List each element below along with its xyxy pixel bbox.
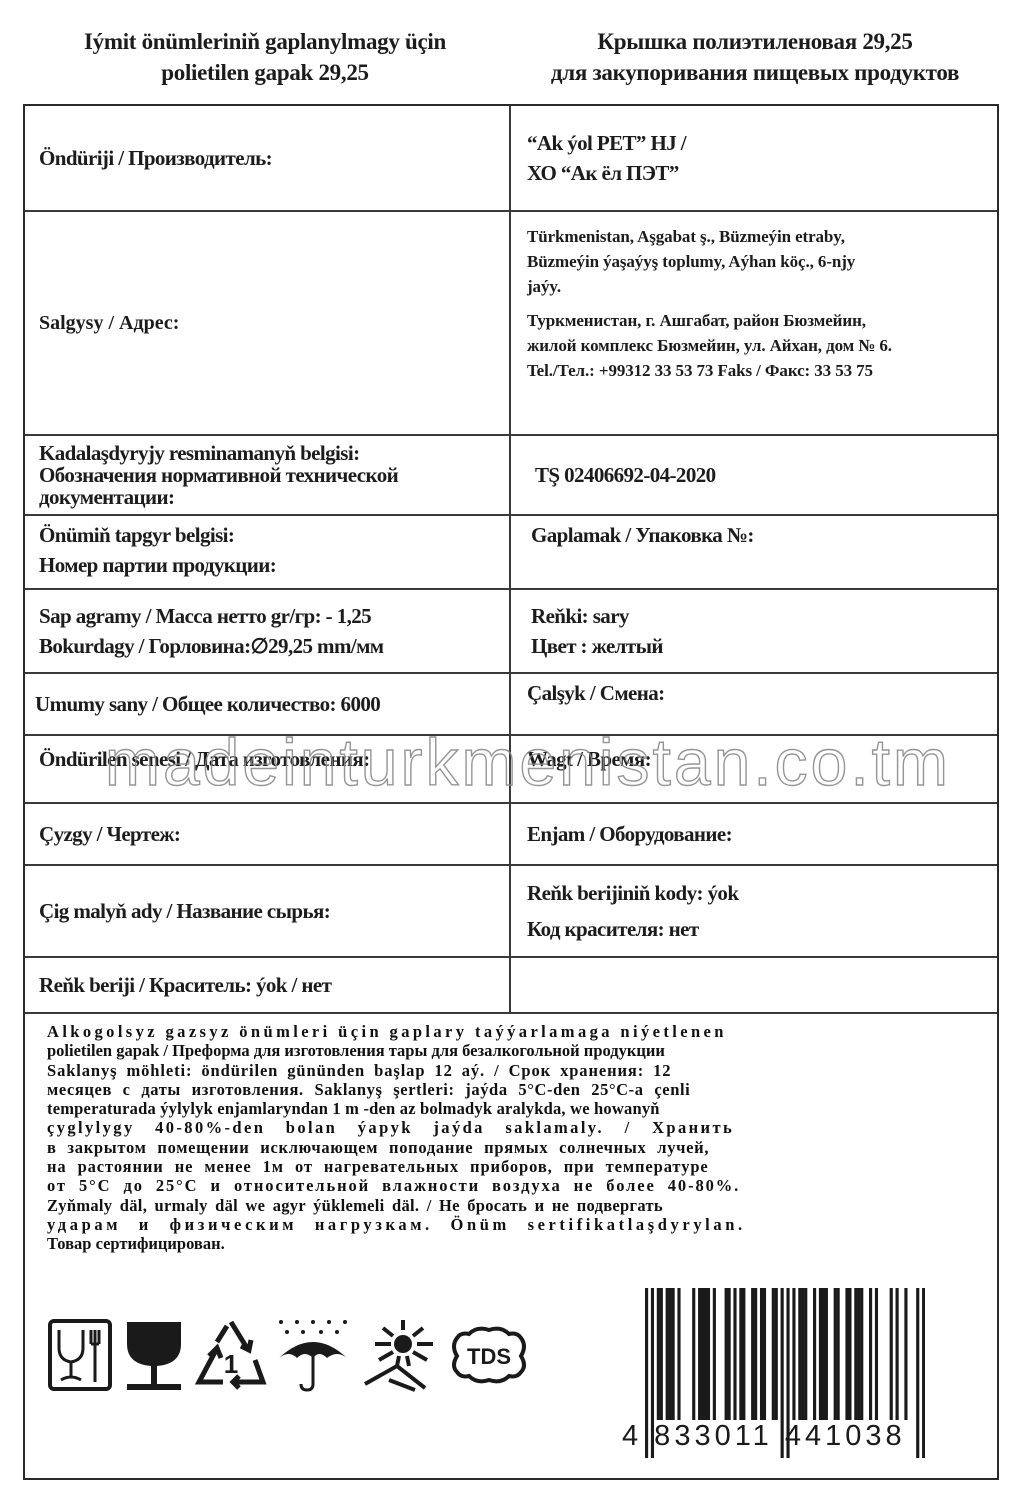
- row-dye: Reňk beriji / Краситель: ýok / нет: [25, 958, 997, 1014]
- title-turkmen: Iýmit önümleriniň gaplanylmagy üçin poli…: [20, 26, 510, 88]
- batch-label-cell: Önümiň tapgyr belgisi: Номер партии прод…: [25, 516, 511, 588]
- title-turkmen-line-2: polietilen gapak 29,25: [20, 57, 510, 88]
- total-quantity: Umumy sany / Общее количество: 6000: [35, 689, 509, 719]
- notice-line: ударам и физическим нагрузкам. Önüm sert…: [47, 1215, 977, 1234]
- notice-line: на растоянии не менее 1м от нагревательн…: [47, 1157, 977, 1176]
- title-russian-line-1: Крышка полиэтиленовая 29,25: [505, 26, 1005, 57]
- keep-away-from-sunlight-icon: [359, 1318, 439, 1392]
- standard-label-ru-1: Обозначения нормативной технической: [39, 464, 509, 486]
- standard-value: TŞ 02406692-04-2020: [535, 460, 997, 490]
- batch-label-ru: Номер партии продукции:: [39, 550, 509, 580]
- address-label: Salgysy / Адрес:: [39, 308, 509, 338]
- standard-value-cell: TŞ 02406692-04-2020: [511, 436, 997, 514]
- notice-line: Zyňmaly däl, urmaly däl we agyr ýüklemel…: [47, 1196, 977, 1215]
- keep-dry-umbrella-icon: [275, 1318, 351, 1392]
- equipment-cell: Enjam / Оборудование:: [511, 804, 997, 864]
- dye-label: Reňk beriji / Краситель: ýok / нет: [39, 970, 509, 1000]
- dye-code-cell: Reňk berijiniň kody: ýok Код красителя: …: [511, 866, 997, 956]
- drawing-label-cell: Çyzgy / Чертеж:: [25, 804, 511, 864]
- tds-logo-icon: TDS: [447, 1318, 531, 1392]
- dye-code-tm: Reňk berijiniň kody: ýok: [527, 875, 997, 911]
- batch-value-cell: Gaplamak / Упаковка №:: [511, 516, 997, 588]
- packing-number-label: Gaplamak / Упаковка №:: [531, 520, 997, 550]
- recycle-pet-1-icon: 1: [195, 1318, 267, 1392]
- address-tm-line-3: jaýy.: [527, 274, 997, 299]
- notice-line: temperaturada ýylylyk enjamlaryndan 1 m …: [47, 1099, 977, 1118]
- symbol-row: 1 TDS: [47, 1318, 531, 1392]
- address-tm-line-2: Büzmeýin ýaşaýyş toplumy, Aýhan köç., 6-…: [527, 249, 997, 274]
- dye-code-ru: Код красителя: нет: [527, 911, 997, 947]
- notice-line: polietilen gapak / Преформа для изготовл…: [47, 1041, 977, 1060]
- row-material-dyecode: Çig malyň ady / Название сырья: Reňk ber…: [25, 866, 997, 958]
- time-cell: Wagt / Время:: [511, 736, 997, 802]
- address-label-cell: Salgysy / Адрес:: [25, 212, 511, 434]
- raw-material-label: Çig malyň ady / Название сырья:: [39, 896, 509, 926]
- standard-label-cell: Kadalaşdyryjy resminamanyň belgisi: Обоз…: [25, 436, 511, 514]
- net-weight: Sap agramy / Масса нетто gr/гр: - 1,25: [39, 601, 509, 631]
- producer-label: Öndüriji / Производитель:: [39, 143, 509, 173]
- title-turkmen-line-1: Iýmit önümleriniň gaplanylmagy üçin: [20, 26, 510, 57]
- standard-label-tm: Kadalaşdyryjy resminamanyň belgisi:: [39, 442, 509, 464]
- producer-value-tm: “Ak ýol PET” HJ /: [527, 128, 997, 158]
- dye-empty-cell: [511, 958, 997, 1012]
- row-address: Salgysy / Адрес: Türkmenistan, Aşgabat ş…: [25, 212, 997, 436]
- notice-line: месяцев с даты изготовления. Saklanyş şe…: [47, 1080, 977, 1099]
- title-russian: Крышка полиэтиленовая 29,25 для закупори…: [505, 26, 1005, 88]
- storage-notice: Alkogolsyz gazsyz önümleri üçin gaplary …: [47, 1022, 977, 1254]
- notice-line: çyglylygy 40-80%-den bolan ýapyk jaýda s…: [47, 1118, 977, 1137]
- equipment-label: Enjam / Оборудование:: [527, 819, 997, 849]
- notice-line: Saklanyş möhleti: öndürilen gününden baş…: [47, 1061, 977, 1080]
- row-quantity-shift: Umumy sany / Общее количество: 6000 Çalş…: [25, 674, 997, 736]
- shift-label: Çalşyk / Смена:: [527, 678, 997, 708]
- address-ru-line-2: жилой комплекс Бюзмейин, ул. Айхан, дом …: [527, 333, 997, 358]
- producer-value-ru: ХО “Ак ёл ПЭТ”: [527, 158, 997, 188]
- batch-label-tm: Önümiň tapgyr belgisi:: [39, 520, 509, 550]
- color-tm: Reňki: sary: [531, 601, 997, 631]
- notice-line: Alkogolsyz gazsyz önümleri üçin gaplary …: [47, 1022, 977, 1041]
- date-label-cell: Öndürilen senesi / Дата изготовления:: [25, 736, 511, 802]
- barcode-number: 4 833011 441038: [622, 1420, 906, 1453]
- color-ru: Цвет : желтый: [531, 631, 997, 661]
- food-safe-icon: [47, 1318, 113, 1392]
- notice-line: Товар сертифицирован.: [47, 1234, 977, 1253]
- label-frame: Öndüriji / Производитель: “Ak ýol PET” H…: [23, 104, 999, 1480]
- notice-line: в закрытом помещении исключающем поподан…: [47, 1138, 977, 1157]
- row-date-time: Öndürilen senesi / Дата изготовления: Wa…: [25, 736, 997, 804]
- notice-line: от 5°С до 25°С и относительной влажности…: [47, 1176, 977, 1195]
- producer-value-cell: “Ak ýol PET” HJ / ХО “Ак ёл ПЭТ”: [511, 106, 997, 210]
- title-russian-line-2: для закупоривания пищевых продуктов: [505, 57, 1005, 88]
- drawing-label: Çyzgy / Чертеж:: [39, 819, 509, 849]
- producer-label-cell: Öndüriji / Производитель:: [25, 106, 511, 210]
- fragile-glass-icon: [121, 1318, 187, 1392]
- row-batch: Önümiň tapgyr belgisi: Номер партии прод…: [25, 516, 997, 590]
- material-label-cell: Çig malyň ady / Название сырья:: [25, 866, 511, 956]
- quantity-label-cell: Umumy sany / Общее количество: 6000: [25, 674, 511, 734]
- address-value-cell: Türkmenistan, Aşgabat ş., Büzmeýin etrab…: [511, 212, 997, 434]
- neck-diameter: Bokurdagy / Горловина:∅29,25 mm/мм: [39, 631, 509, 661]
- svg-text:1: 1: [224, 1349, 238, 1379]
- address-phone-fax: Tel./Тел.: +99312 33 53 73 Faks / Факс: …: [527, 358, 997, 383]
- time-label: Wagt / Время:: [527, 744, 997, 774]
- row-standard: Kadalaşdyryjy resminamanyň belgisi: Обоз…: [25, 436, 997, 516]
- weight-label-cell: Sap agramy / Масса нетто gr/гр: - 1,25 B…: [25, 590, 511, 672]
- address-tm-line-1: Türkmenistan, Aşgabat ş., Büzmeýin etrab…: [527, 224, 997, 249]
- dye-label-cell: Reňk beriji / Краситель: ýok / нет: [25, 958, 511, 1012]
- address-ru-line-1: Туркменистан, г. Ашгабат, район Бюзмейин…: [527, 308, 997, 333]
- row-drawing-equipment: Çyzgy / Чертеж: Enjam / Оборудование:: [25, 804, 997, 866]
- row-weight-color: Sap agramy / Масса нетто gr/гр: - 1,25 B…: [25, 590, 997, 674]
- shift-cell: Çalşyk / Смена:: [511, 674, 997, 734]
- standard-label-ru-2: документации:: [39, 486, 509, 508]
- row-producer: Öndüriji / Производитель: “Ak ýol PET” H…: [25, 106, 997, 212]
- svg-text:TDS: TDS: [467, 1344, 511, 1369]
- color-value-cell: Reňki: sary Цвет : желтый: [511, 590, 997, 672]
- manufacture-date-label: Öndürilen senesi / Дата изготовления:: [39, 744, 509, 774]
